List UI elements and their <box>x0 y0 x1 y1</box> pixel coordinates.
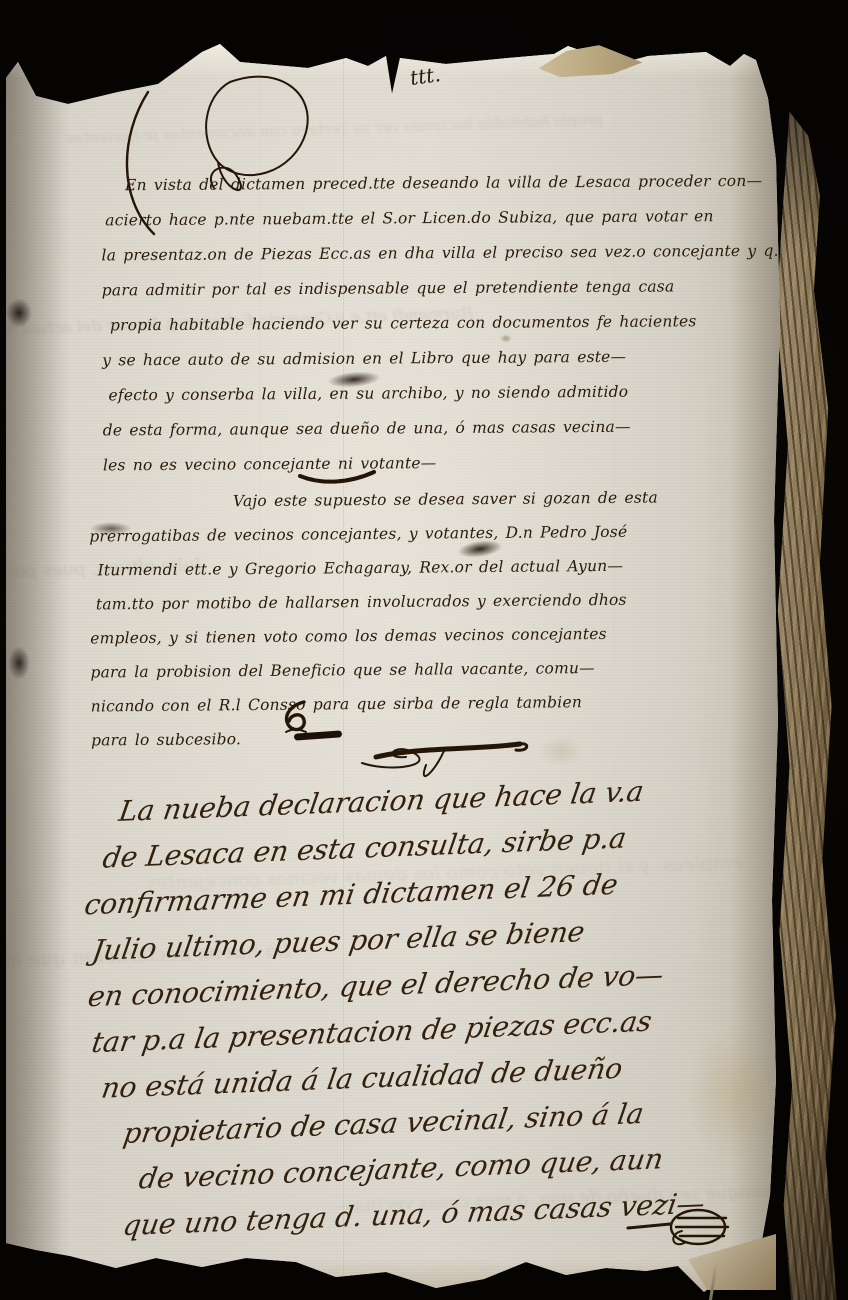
manuscript-line: para admitir por tal es indispensable qu… <box>102 269 789 309</box>
manuscript-line: empleos, y si tienen voto como los demas… <box>90 617 659 656</box>
manuscript-line: En vista del dictamen preced.tte deseand… <box>125 164 788 204</box>
manuscript-line: de esta forma, aunque sea dueño de una, … <box>103 409 790 449</box>
manuscript-line: Vajo este supuesto se desea saver si goz… <box>233 481 658 519</box>
manuscript-line: Iturmendi ett.e y Gregorio Echagaray, Re… <box>97 549 658 588</box>
manuscript-line: nicando con el R.l Consso para que sirba… <box>91 685 660 724</box>
manuscript-line: tam.tto por motibo de hallarsen involucr… <box>96 583 659 622</box>
photo-background: Iturmendi ett.e y Gregorio Echagaray, Re… <box>0 0 848 1300</box>
manuscript-line: les no es vecino concejante ni votante— <box>103 444 790 484</box>
torn-bottom-edge <box>6 1258 784 1300</box>
manuscript-line: la presentaz.on de Piezas Ecc.as en dha … <box>101 234 788 274</box>
manuscript-paragraph-2: Vajo este supuesto se desea saver si goz… <box>89 481 660 758</box>
manuscript-line: y se hace auto de su admision en el Libr… <box>102 339 789 379</box>
manuscript-line: prerrogatibas de vecinos concejantes, y … <box>89 515 658 554</box>
manuscript-page: Iturmendi ett.e y Gregorio Echagaray, Re… <box>6 0 784 1300</box>
manuscript-line: para lo subcesibo. <box>91 719 660 758</box>
manuscript-line: propia habitable haciendo ver su certeza… <box>110 304 789 344</box>
manuscript-paragraph-3: La nueba declaracion que hace la v.a de … <box>80 767 705 1250</box>
page-header-mark: ttt. <box>408 62 442 90</box>
manuscript-line: para la probision del Beneficio que se h… <box>90 651 659 690</box>
manuscript-line: efecto y conserba la villa, en su archib… <box>108 374 789 414</box>
manuscript-paragraph-1: En vista del dictamen preced.tte deseand… <box>101 164 790 484</box>
manuscript-line: acierto hace p.nte nuebam.tte el S.or Li… <box>105 199 788 239</box>
